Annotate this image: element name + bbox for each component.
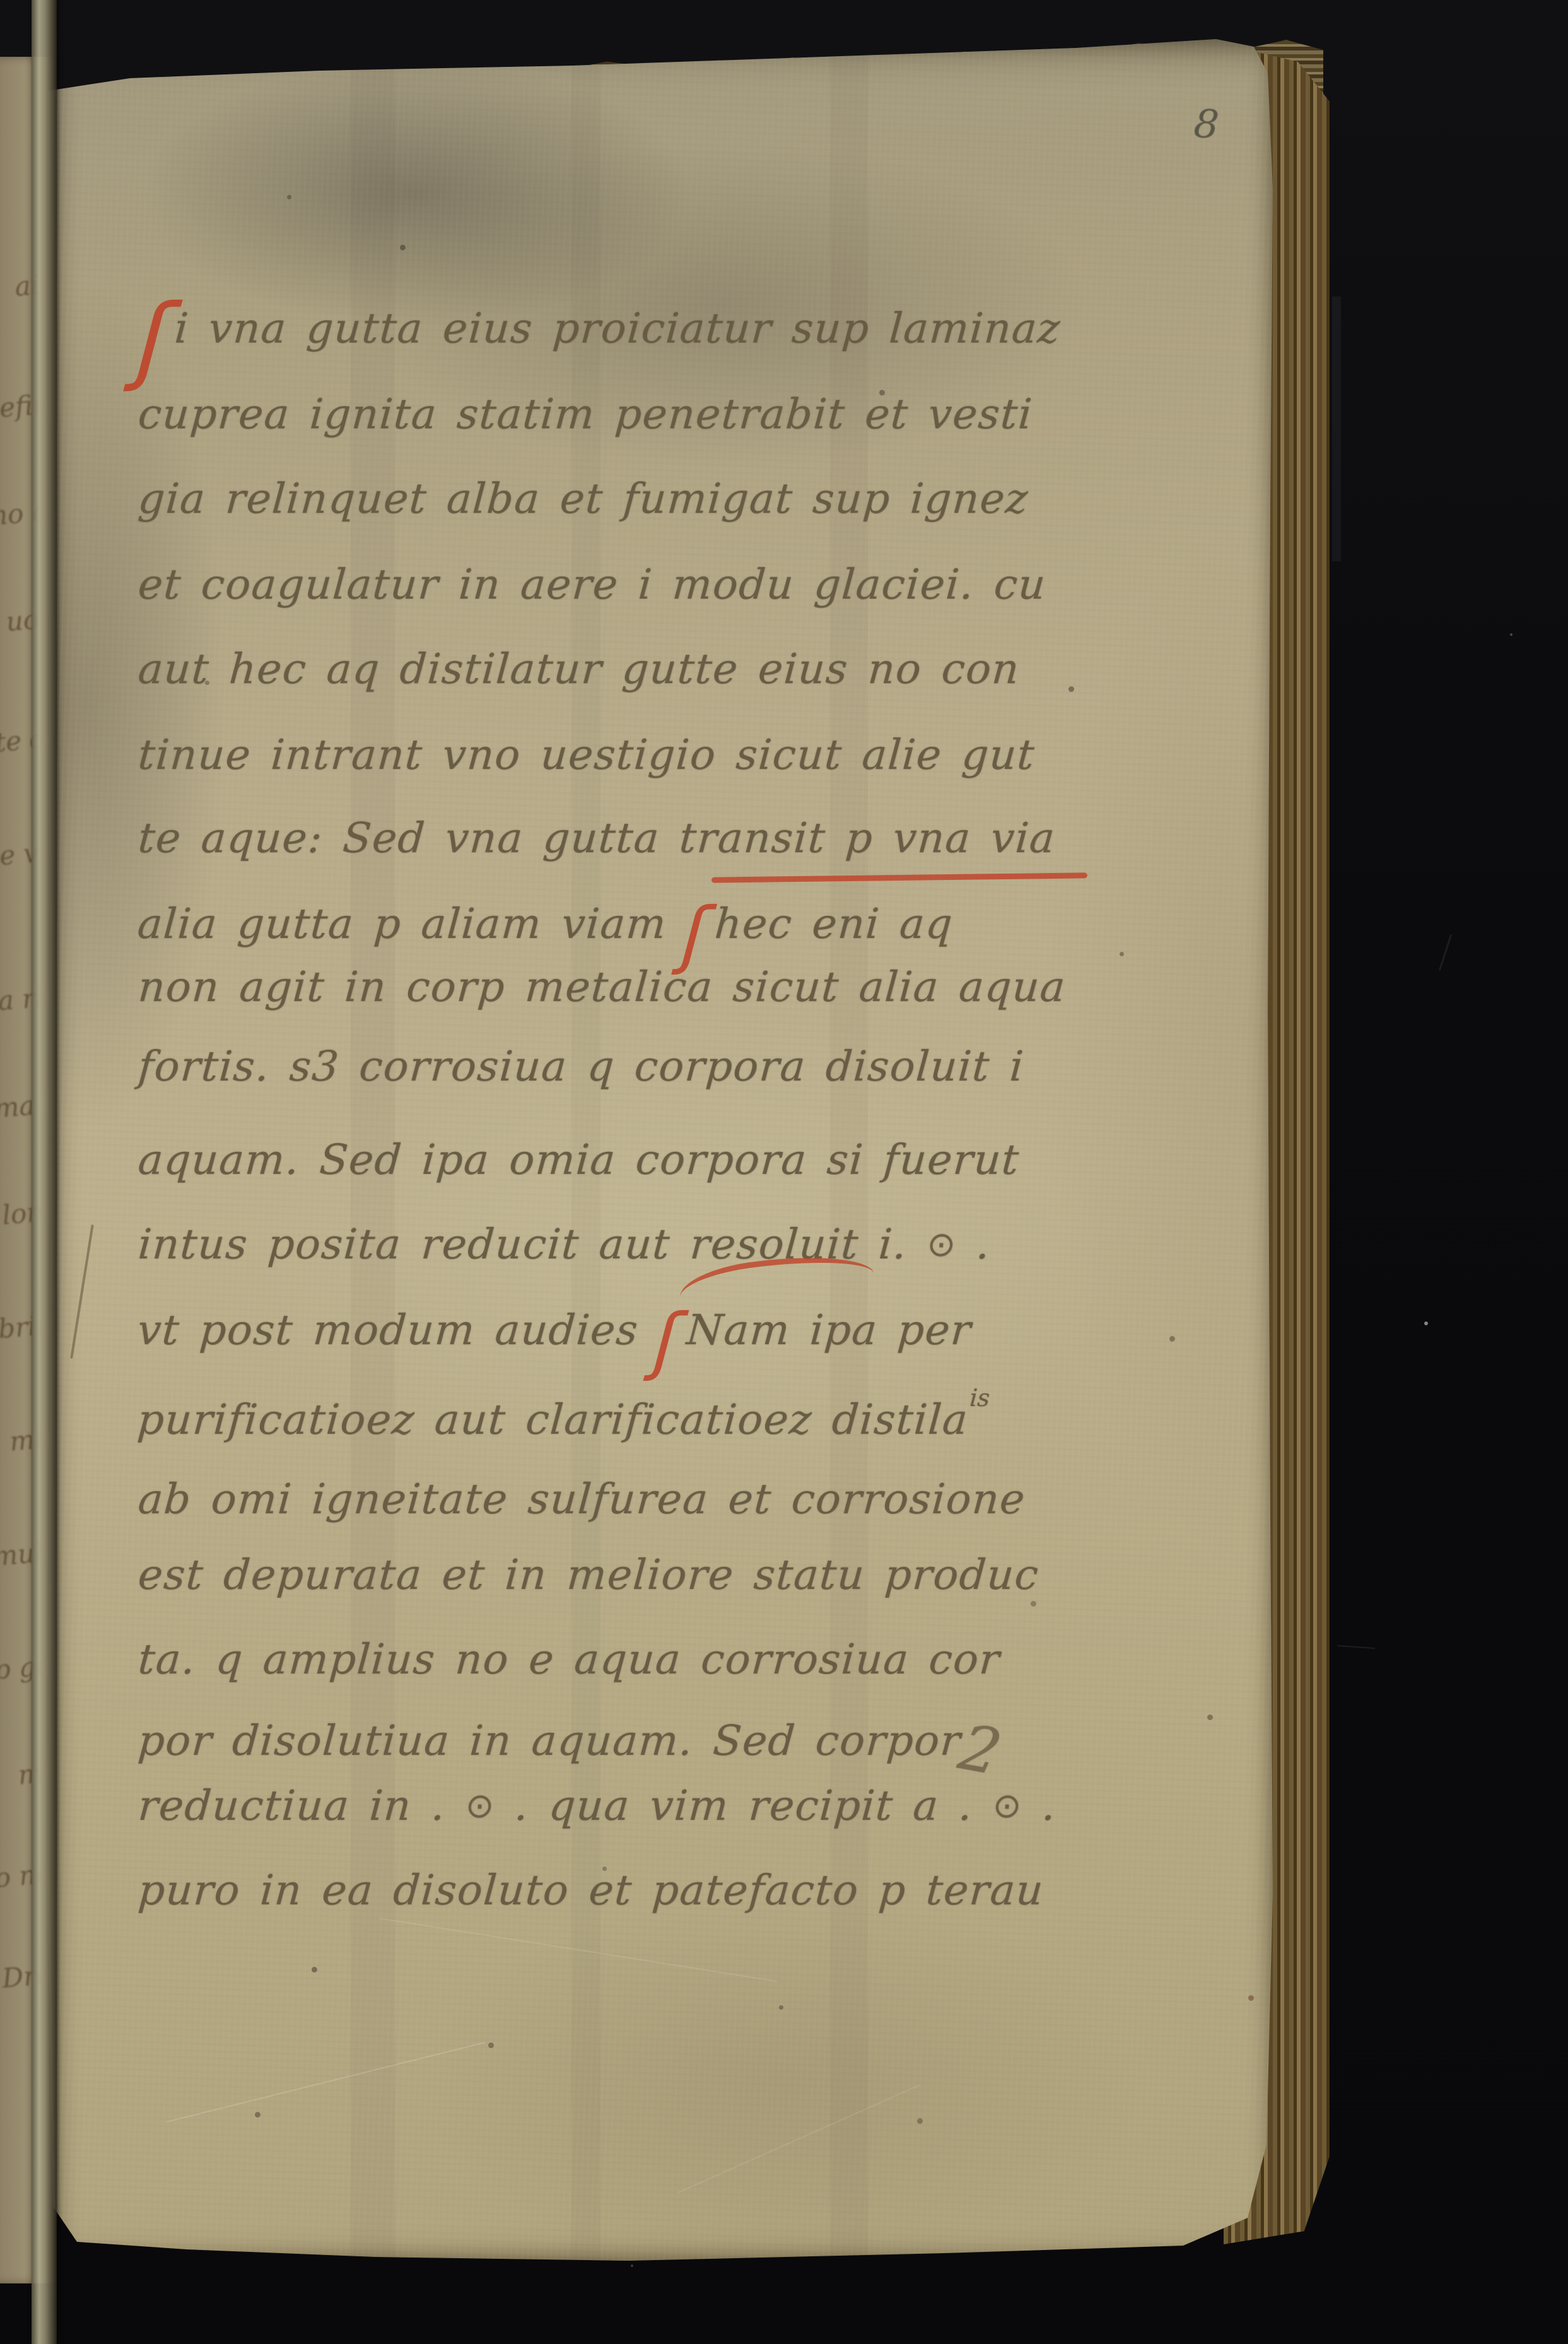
ink-text: tinue intrant vno uestigio sicut alie gu…: [136, 730, 1036, 779]
manuscript-page: 8 ʃi vna gutta eius proiciatur sup lamin…: [48, 38, 1274, 2262]
ink-text: .: [1021, 1781, 1058, 1830]
text-line-13: vt post modum audiesʃNam ipa per: [135, 1298, 974, 1368]
text-line-20: puro in ea disoluto et patefacto p terau: [135, 1866, 1045, 1935]
text-line-11: aquam. Sed ipa omia corpora si fuerut: [135, 1135, 1021, 1205]
text-line-4: et coagulatur in aere i modu glaciei. cu: [135, 560, 1048, 630]
text-line-2: cuprea ignita statim penetrabit et vesti: [135, 390, 1034, 459]
ink-text: et coagulatur in aere i modu glaciei. cu: [136, 560, 1048, 609]
ink-text: reductiua in .: [136, 1781, 467, 1830]
rubric-initial: ʃ: [134, 284, 174, 394]
ink-text: est depurata et in meliore statu produc: [136, 1550, 1040, 1599]
text-line-15: ab omi igneitate sulfurea et corrosione: [135, 1475, 1027, 1544]
ink-text: ta. q amplius no e aqua corrosiua cor: [136, 1635, 1002, 1684]
photograph: airdefimomo eguorrte deue vrola rbma ilo…: [0, 0, 1568, 2344]
ink-text: hec eni aq: [713, 900, 955, 948]
ink-text: vt post modum audies: [136, 1306, 640, 1354]
ink-text: cuprea ignita statim penetrabit et vesti: [136, 390, 1034, 438]
text-line-3: gia relinquet alba et fumigat sup ignez: [135, 474, 1030, 544]
glass-reflection: [1332, 296, 1341, 561]
ink-text: fortis. s3 corrosiua q corpora disoluit …: [136, 1042, 1026, 1091]
page-holder-rod: [32, 0, 57, 2344]
ink-text: alia gutta p aliam viam: [136, 900, 669, 948]
ink-text: ab omi igneitate sulfurea et corrosione: [136, 1475, 1027, 1523]
text-line-1: ʃi vna gutta eius proiciatur sup laminaz: [135, 304, 1062, 373]
text-block: ʃi vna gutta eius proiciatur sup laminaz…: [48, 38, 1274, 2262]
ink-text: aut hec aq distilatur gutte eius no con: [136, 645, 1021, 693]
ink-text: puro in ea disoluto et patefacto p terau: [136, 1866, 1045, 1914]
text-line-10: fortis. s3 corrosiua q corpora disoluit …: [135, 1042, 1026, 1111]
dust-speck: [1510, 633, 1512, 636]
ink-text: gia relinquet alba et fumigat sup ignez: [136, 474, 1030, 523]
text-line-16: est depurata et in meliore statu produc: [135, 1550, 1041, 1620]
text-line-9: non agit in corp metalica sicut alia aqu…: [135, 963, 1068, 1032]
ink-text: . qua vim recipit a .: [493, 1781, 995, 1830]
backdrop-scratch: [1337, 1645, 1375, 1649]
ink-text: purificatioez aut clarificatioez distila: [136, 1395, 970, 1444]
gold-symbol: ⊙: [926, 1224, 958, 1264]
text-line-19: reductiua in . ⊙ . qua vim recipit a . ⊙…: [135, 1781, 1058, 1851]
ink-text: aquam. Sed ipa omia corpora si fuerut: [136, 1135, 1021, 1184]
ink-text: te aque: Sed vna gutta transit p vna via: [136, 814, 1057, 862]
ink-text: Nam ipa per: [685, 1306, 973, 1354]
backdrop-scratch: [1439, 934, 1452, 971]
text-line-8: alia gutta p aliam viamʃhec eni aq: [135, 892, 955, 961]
ink-text: non agit in corp metalica sicut alia aqu…: [136, 963, 1067, 1011]
dust-speck: [631, 2265, 633, 2267]
gold-symbol: ⊙: [464, 1786, 496, 1825]
ink-text: i vna gutta eius proiciatur sup laminaz: [173, 304, 1062, 353]
text-line-7: te aque: Sed vna gutta transit p vna via: [135, 814, 1057, 883]
gold-symbol: ⊙: [992, 1786, 1024, 1825]
dust-speck: [1424, 1321, 1428, 1325]
text-line-14: purificatioez aut clarificatioez distila…: [135, 1384, 991, 1453]
text-line-6: tinue intrant vno uestigio sicut alie gu…: [135, 730, 1036, 800]
pilcrow-mark: ʃ: [651, 1298, 682, 1383]
ink-text: por disolutiua in aquam. Sed corpor: [136, 1716, 962, 1765]
text-line-5: aut hec aq distilatur gutte eius no con: [135, 645, 1021, 714]
text-line-18: por disolutiua in aquam. Sed corpor2: [135, 1714, 1003, 1784]
text-line-17: ta. q amplius no e aqua corrosiua cor: [135, 1635, 1002, 1704]
ink-text: .: [955, 1220, 992, 1269]
superscript-abbreviation: is: [969, 1384, 991, 1412]
